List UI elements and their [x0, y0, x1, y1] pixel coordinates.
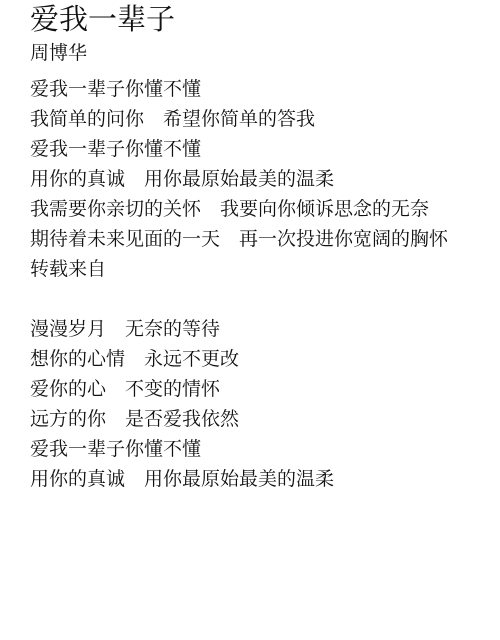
lyric-line: 爱我一辈子你懂不懂 — [30, 434, 500, 464]
lyric-line: 用你的真诚 用你最原始最美的温柔 — [30, 464, 500, 494]
lyric-line: 我需要你亲切的关怀 我要向你倾诉思念的无奈 — [30, 194, 500, 224]
lyrics-page: 爱我一辈子 周博华 爱我一辈子你懂不懂 我简单的问你 希望你简单的答我 爱我一辈… — [30, 0, 500, 494]
lyric-line: 远方的你 是否爱我依然 — [30, 404, 500, 434]
lyric-line: 用你的真诚 用你最原始最美的温柔 — [30, 164, 500, 194]
lyric-line: 爱我一辈子你懂不懂 — [30, 134, 500, 164]
lyric-line: 漫漫岁月 无奈的等待 — [30, 314, 500, 344]
lyric-line: 想你的心情 永远不更改 — [30, 344, 500, 374]
lyric-line: 我简单的问你 希望你简单的答我 — [30, 104, 500, 134]
lyric-line: 爱我一辈子你懂不懂 — [30, 74, 500, 104]
lyric-line: 期待着未来见面的一天 再一次投进你宽阔的胸怀 — [30, 224, 500, 254]
source-attribution: 转载来自 — [30, 254, 500, 284]
lyrics-list: 爱我一辈子你懂不懂 我简单的问你 希望你简单的答我 爱我一辈子你懂不懂 用你的真… — [30, 74, 500, 494]
artist-name: 周博华 — [30, 38, 500, 68]
lyric-line: 爱你的心 不变的情怀 — [30, 374, 500, 404]
blank-line — [30, 284, 500, 314]
song-title: 爱我一辈子 — [30, 0, 500, 38]
